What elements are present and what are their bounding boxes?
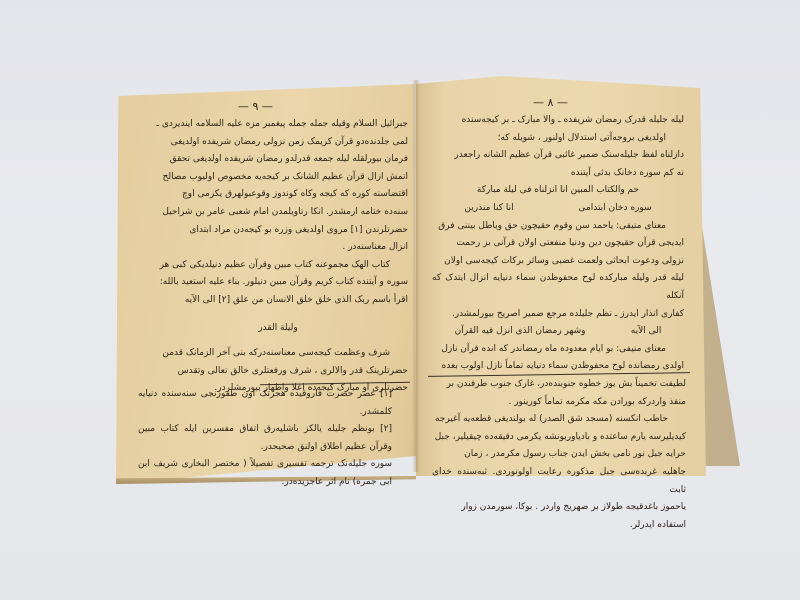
text-line: لطیفت تخمیناً بش یوز خطوه جنوبنده‌در، غا…	[432, 376, 686, 394]
text-line: لمی جلدنده‌دو قرآن کریمک زمن نزولی رمضان…	[148, 134, 408, 152]
text-line: معنای منیفی: یاحمد سن وقوم حقیچون حق وبا…	[432, 218, 684, 236]
text-line: کفاری انذار ایدرز ـ نظم جلیلده مرجع ضمیر…	[432, 306, 684, 324]
footnote: [١] عصر حضرت فاروقیده هجرتک اون طقوزنجی …	[138, 386, 410, 421]
footnote: [٢] بونظم جلیله یالکز باشلیه‌رق اتفاق مف…	[138, 421, 410, 456]
verse-text: سوره دخان ابتدامی	[578, 200, 651, 218]
text-line: ایدیجی قرآن حقیچون دین ودنیا منفعتی اولا…	[432, 235, 684, 253]
text-line: حرایه جبل نور نامی بخش ایدن جناب رسول مک…	[432, 446, 686, 464]
text-line: کیدیلیرسه یارم ساعتده و بادیاوریونشه یکر…	[432, 429, 686, 447]
text-line: انزال معناسنه‌در .	[148, 239, 408, 257]
text-line: جاهلیه غربده‌سی جبل مذکوره رعایت اولونور…	[432, 464, 686, 499]
text-line: لیله قدر ولیله مبارکده لوح محفوظدن سماء …	[432, 270, 684, 305]
verse-text: وشهر رمضان الذی انزل فیه القرآن	[455, 323, 586, 341]
text-line: جبرائیل السلام وقیله جمله جمله پیغمبر مز…	[148, 116, 408, 134]
right-page-number: — ٨ —	[533, 96, 568, 109]
right-page-footer-text: لطیفت تخمیناً بش یوز خطوه جنوبنده‌در، غا…	[432, 376, 686, 534]
text-line: دازلناه لفظ جلیله‌سنک ضمیر غائبی قرآن عظ…	[432, 147, 684, 165]
text-line: کتاب الهک مجموعنه کتاب مبین وقرآن عظیم د…	[148, 257, 408, 275]
left-page-number: — ٩ —	[238, 100, 273, 113]
text-line: اقتضاسنه کوره که کیجه وکاه کوندوز وقوعبو…	[148, 186, 408, 204]
verse-text: انا کنا منذرین	[464, 200, 513, 218]
text-line: حضرتلرینک قدر والالری ، شرف ورفعتلری خال…	[148, 363, 408, 381]
section-heading: ولیلة القدر	[148, 320, 408, 338]
text-line: اقرأ باسم ربک الذی خلق خلق الانسان من عل…	[148, 292, 408, 310]
left-page-body: جبرائیل السلام وقیله جمله جمله پیغمبر مز…	[148, 116, 408, 398]
text-line: سنه‌ده ختامه ارمشدر. انکا رتاویلمدن امام…	[148, 204, 408, 222]
text-line: نزولی ودعوت ابحاثی ولعمت غضبی وسائر برکا…	[432, 253, 684, 271]
verse-line: الی الآیه وشهر رمضان الذی انزل فیه القرآ…	[432, 323, 684, 341]
text-line: شرف وعظمت کیجه‌سی معناسنه‌درکه بنی آخر ا…	[148, 345, 408, 363]
verse-line: حم والکتاب المبین انا انزلناه فی لیلة مب…	[432, 182, 684, 200]
text-line: حضرتلرندن [١] مروی اولدیغی وزره بو کیجه‌…	[148, 222, 408, 240]
book-gutter	[412, 80, 420, 472]
text-line: یاحموز باغدقیجه طولاز بر صهریج واردر . ب…	[432, 499, 686, 517]
verse-reference-line: سوره دخان ابتدامی انا کنا منذرین	[432, 200, 684, 218]
text-line: معنای منیفی: بو ایام معدوده ماه رمضاندر …	[432, 341, 684, 359]
text-line: فرمان بیورلقله لیله جمعه قدرلدو رمضان شر…	[148, 151, 408, 169]
text-line: لیله جلیله قدرک رمضان شریفده ـ والا مبار…	[432, 112, 684, 130]
text-line: سوره و آیتنده کتاب کریم وقرآن مبین دنیلو…	[148, 274, 408, 292]
text-line: اولدیغی بروجه‌آتی استدلال اولنور ، شویله…	[432, 130, 684, 148]
text-line: اتمش ازال قرآن عظیم الشانک بر کیجه‌یه مخ…	[148, 169, 408, 187]
text-line: حاطب انکسنه (مسجد شق الصدر) له بولندیغی …	[432, 411, 686, 429]
text-line: نه کم سوره دخانک بدئی آیتنده	[432, 165, 684, 183]
right-page-body: لیله جلیله قدرک رمضان شریفده ـ والا مبار…	[432, 112, 684, 376]
footnote: سوره جلیله‌نک ترجمه تفسیری تفصیلاً ( مخت…	[138, 456, 410, 491]
left-page-footnotes: [١] عصر حضرت فاروقیده هجرتک اون طقوزنجی …	[138, 386, 410, 492]
verse-text: الی الآیه	[631, 323, 662, 341]
photo-scene: — ٩ — جبرائیل السلام وقیله جمله جمله پیغ…	[0, 0, 800, 600]
text-line: منفذ واردرکه بورادن مکه مکرمه تماماً کور…	[432, 394, 686, 412]
text-line: استفاده ایدرلر.	[432, 517, 686, 535]
